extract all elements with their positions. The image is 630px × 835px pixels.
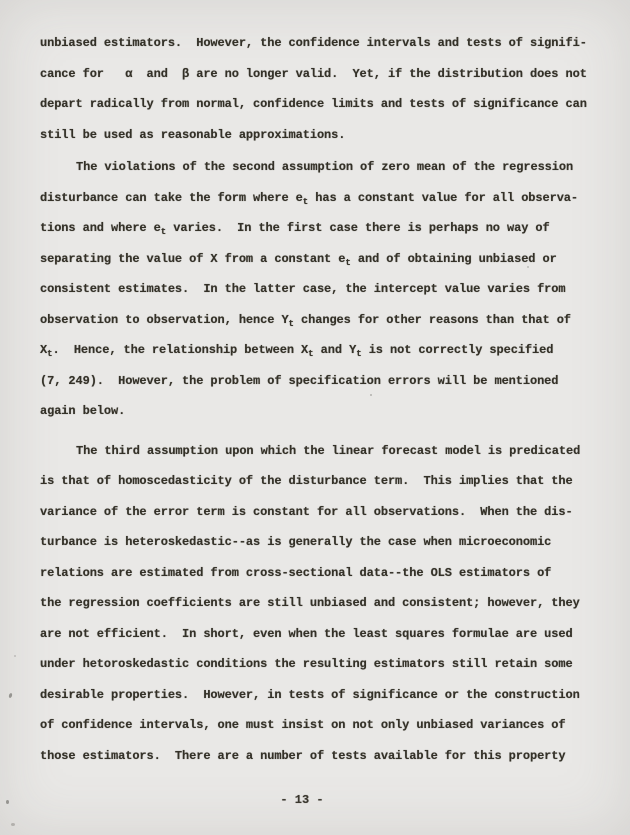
text-line: consistent estimates. In the latter case…	[40, 274, 600, 305]
text-line: (7, 249). However, the problem of specif…	[40, 366, 600, 397]
text-line: of confidence intervals, one must insist…	[40, 710, 600, 741]
text-line: The third assumption upon which the line…	[40, 436, 600, 467]
text-line: The violations of the second assumption …	[40, 152, 600, 183]
text-line: tions and where et varies. In the first …	[40, 213, 600, 244]
text-line: variance of the error term is constant f…	[40, 497, 600, 528]
text-line: those estimators. There are a number of …	[40, 741, 600, 772]
text-line: depart radically from normal, confidence…	[40, 89, 600, 120]
scan-speckle	[527, 266, 529, 268]
text-line: under hetoroskedastic conditions the res…	[40, 649, 600, 680]
scan-speckle	[6, 800, 9, 804]
scan-speckle	[11, 823, 15, 826]
text-line: is that of homoscedasticity of the distu…	[40, 466, 600, 497]
text-line: Xt. Hence, the relationship between Xt a…	[40, 335, 600, 366]
paragraph: The violations of the second assumption …	[40, 152, 600, 427]
text-line: separating the value of X from a constan…	[40, 244, 600, 275]
text-line: still be used as reasonable approximatio…	[40, 120, 600, 151]
text-line: the regression coefficients are still un…	[40, 588, 600, 619]
paragraph: The third assumption upon which the line…	[40, 436, 600, 772]
text-line: desirable properties. However, in tests …	[40, 680, 600, 711]
paragraph: unbiased estimators. However, the confid…	[40, 28, 600, 150]
scan-speckle	[370, 394, 372, 396]
scan-speckle	[14, 655, 16, 657]
text-line: unbiased estimators. However, the confid…	[40, 28, 600, 59]
page-text: unbiased estimators. However, the confid…	[40, 28, 600, 771]
text-line: disturbance can take the form where et h…	[40, 183, 600, 214]
page-number: - 13 -	[0, 790, 604, 810]
text-line: cance for α and β are no longer valid. Y…	[40, 59, 600, 90]
text-line: are not efficient. In short, even when t…	[40, 619, 600, 650]
document-page: unbiased estimators. However, the confid…	[0, 0, 630, 835]
text-line: again below.	[40, 396, 600, 427]
text-line: relations are estimated from cross-secti…	[40, 558, 600, 589]
text-line: observation to observation, hence Yt cha…	[40, 305, 600, 336]
scan-speckle	[8, 693, 12, 699]
text-line: turbance is heteroskedastic--as is gener…	[40, 527, 600, 558]
